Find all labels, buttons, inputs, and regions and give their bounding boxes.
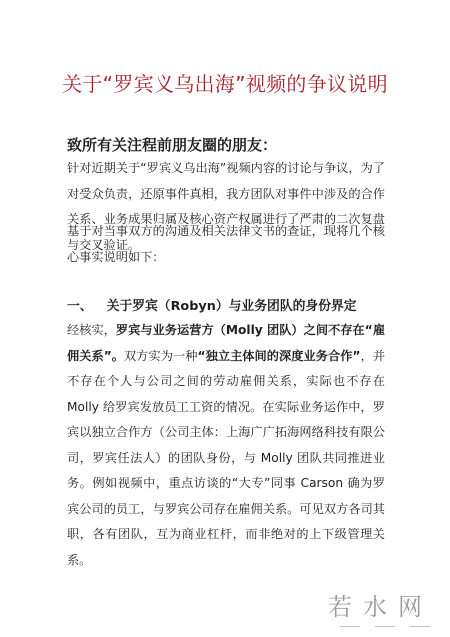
section-body-lead-1: 经核实， — [67, 323, 116, 337]
section-body-lead-2: 双方实为一种 — [124, 349, 197, 363]
section-title: 关于罗宾（Robyn）与业务团队的身份界定 — [107, 299, 357, 314]
watermark-subtext-mark — [340, 626, 360, 627]
watermark-logo: 若水网 — [328, 592, 433, 622]
watermark-subtext-mark — [410, 626, 430, 627]
intro-paragraph-2: 基于对当事双方的沟通及相关法律文书的查证，现将几个核心事实说明如下： — [67, 219, 385, 270]
section-body-emphasis-2: “独立主体间的深度业务合作” — [198, 349, 361, 363]
watermark-subtext — [340, 626, 430, 628]
section-body: 经核实，罗宾与业务运营方（Molly 团队）之间不存在“雇佣关系”。双方实为一种… — [67, 318, 385, 573]
salutation: 致所有关注程前朋友圈的朋友： — [67, 134, 385, 156]
section-number: 一、 — [67, 299, 93, 314]
section-body-rest: ，并不存在个人与公司之间的劳动雇佣关系，实际也不存在 Molly 给罗宾发放员工… — [67, 349, 385, 567]
watermark-subtext-mark — [375, 626, 395, 627]
section-heading: 一、关于罗宾（Robyn）与业务团队的身份界定 — [67, 296, 385, 318]
document-title: 关于“罗宾义乌出海”视频的争议说明 — [0, 70, 450, 98]
